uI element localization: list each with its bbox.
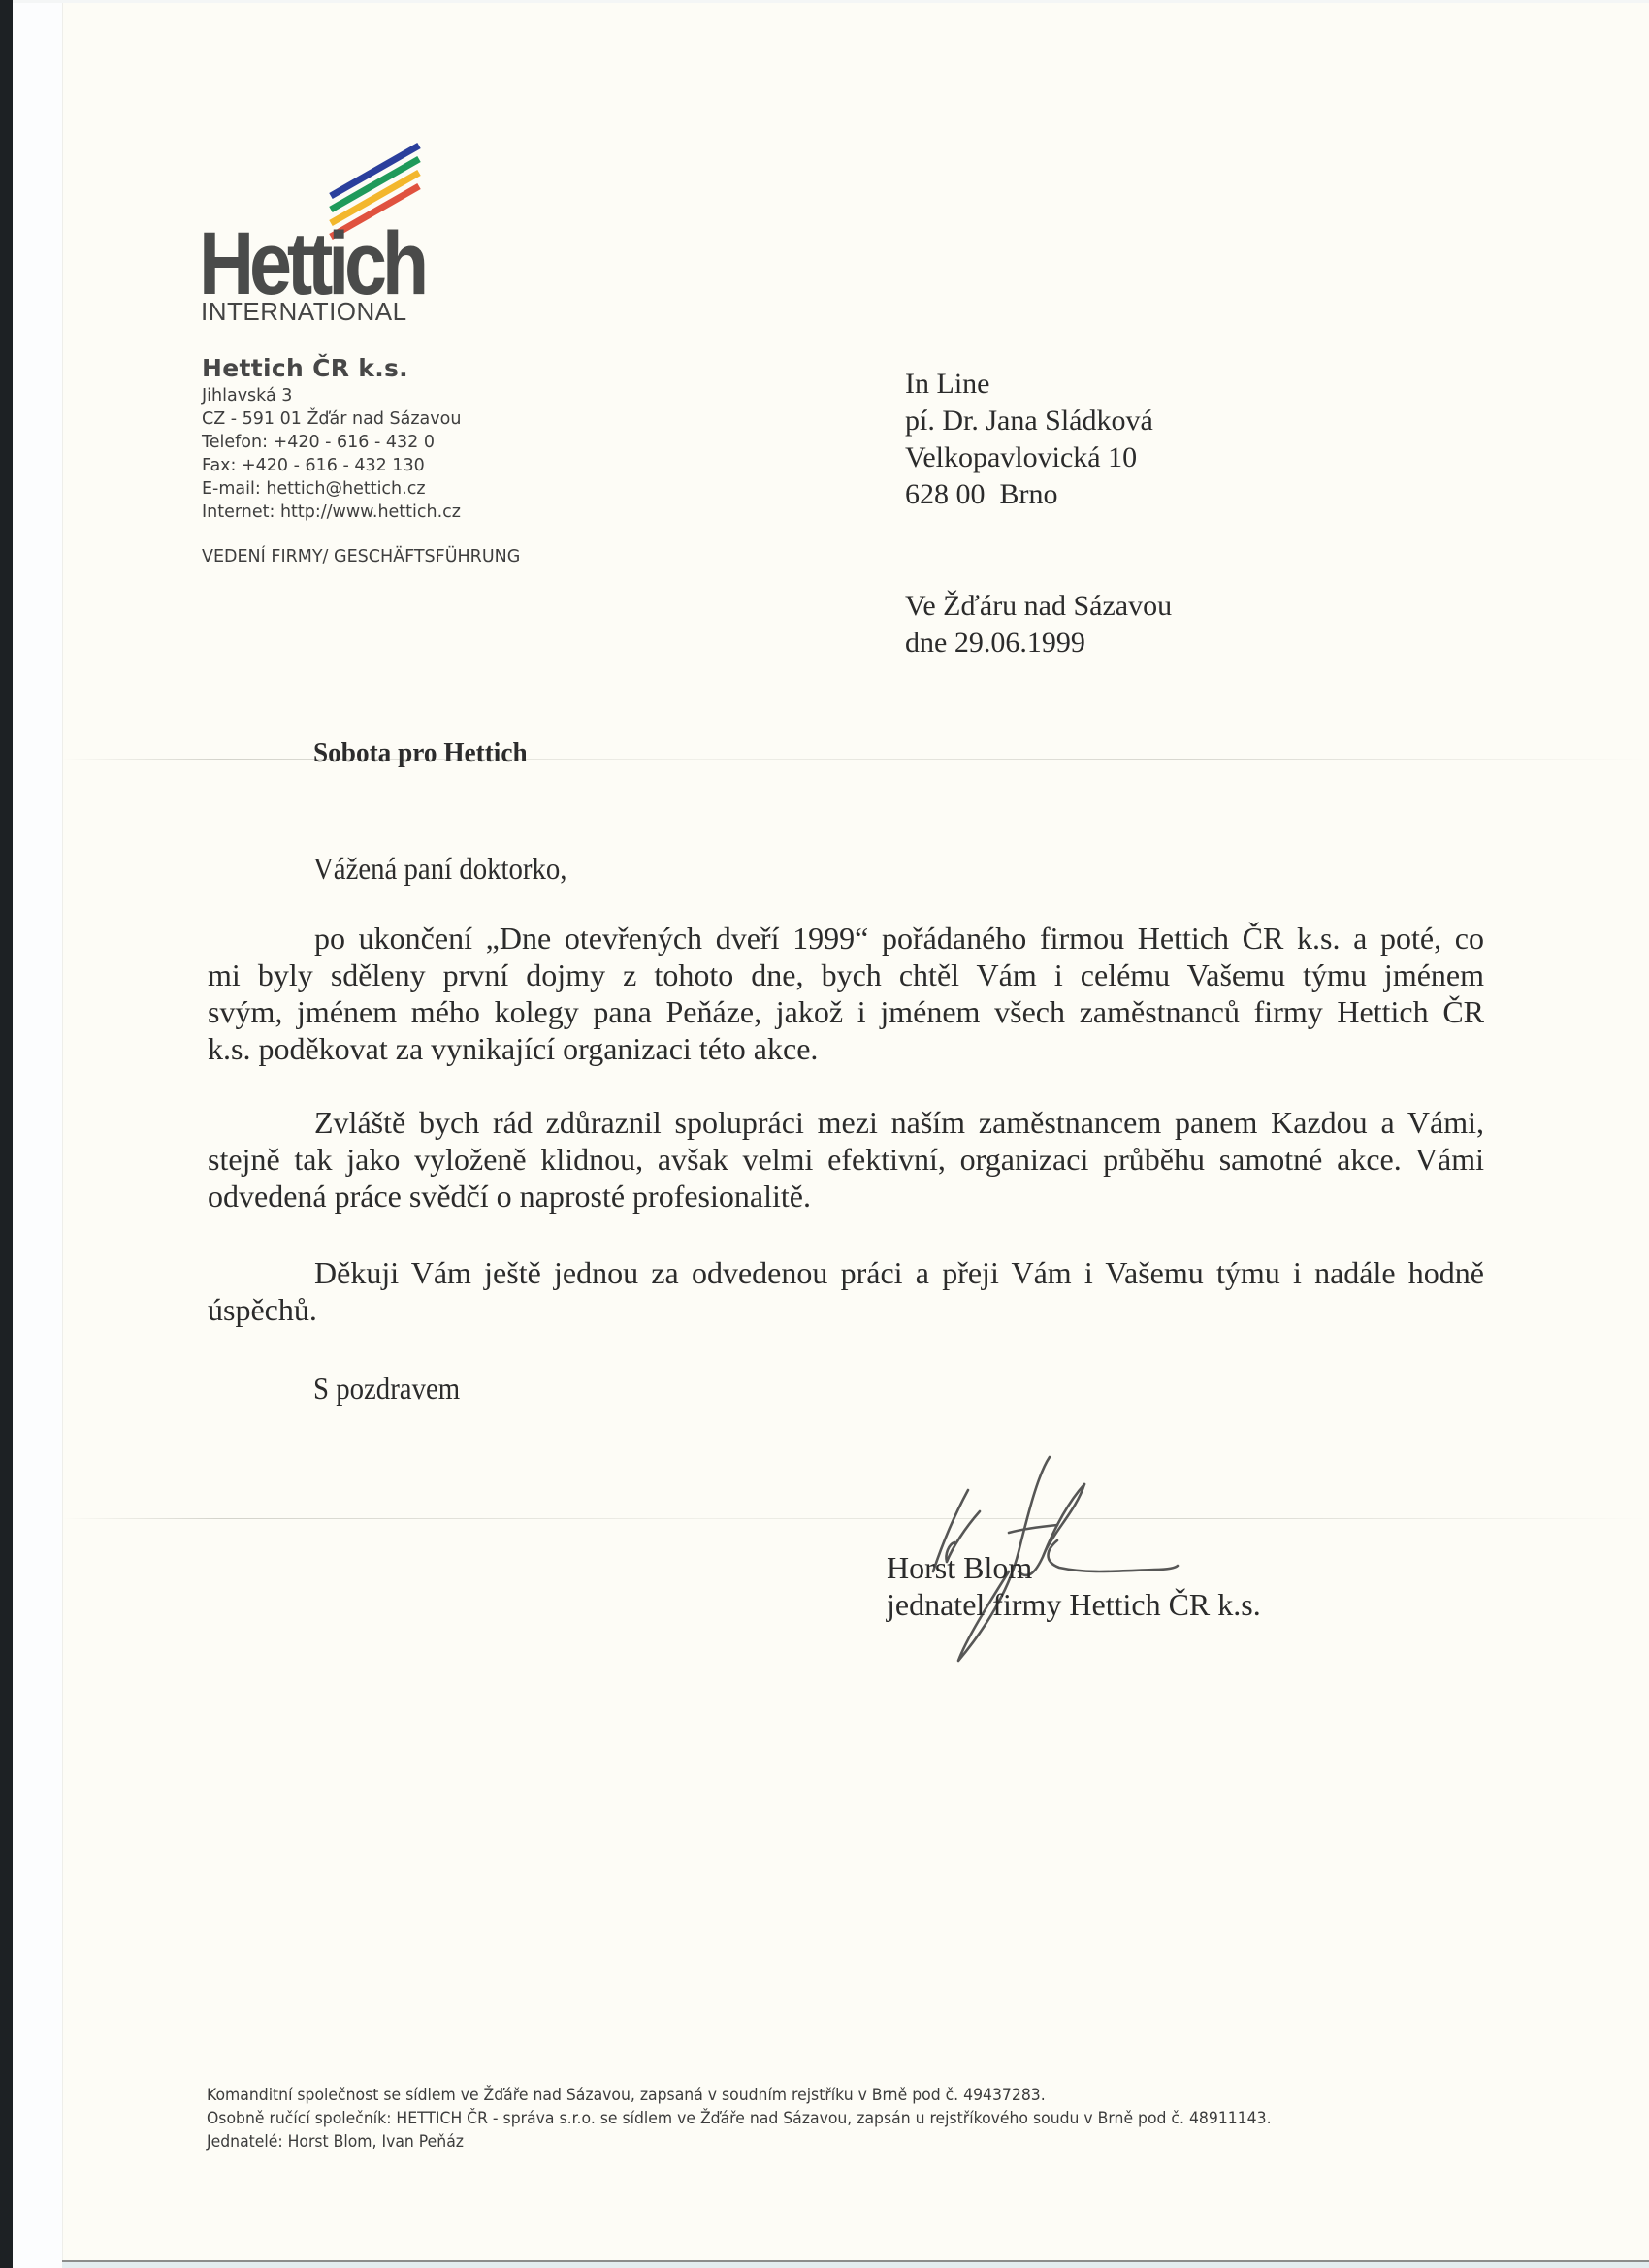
logo-wordmark: Hettich [199, 219, 424, 308]
paper-fold-line [62, 759, 1649, 760]
letter-closing: S pozdravem [313, 1371, 460, 1407]
letter-subject: Sobota pro Hettich [313, 737, 528, 769]
letter-date: dne 29.06.1999 [905, 625, 1172, 662]
footer-line: Komanditní společnost se sídlem ve Žďáře… [207, 2084, 1272, 2107]
signer-title: jednatel firmy Hettich ČR k.s. [887, 1586, 1261, 1623]
letter-paragraph: po ukončení „Dne otevřených dveří 1999“ … [208, 920, 1484, 1067]
paragraph-line: Děkuji Vám ještě jednou za odvedenou prá… [208, 1254, 1484, 1291]
signer-block: Horst Blom jednatel firmy Hettich ČR k.s… [887, 1549, 1261, 1623]
sender-company: Hettich ČR k.s. [202, 353, 520, 384]
paragraph-line: úspěchů. [208, 1291, 1484, 1328]
paragraph-line: po ukončení „Dne otevřených dveří 1999“ … [208, 920, 1484, 956]
sender-department: VEDENÍ FIRMY/ GESCHÄFTSFÜHRUNG [202, 545, 520, 568]
scan-edge [0, 0, 13, 2268]
letter-paragraph: Zvláště bych rád zdůraznil spolupráci me… [208, 1104, 1484, 1215]
sender-city: CZ - 591 01 Žďár nad Sázavou [202, 407, 520, 431]
paragraph-line: k.s. poděkovat za vynikající organizaci … [208, 1030, 1484, 1067]
place-date-block: Ve Žďáru nad Sázavou dne 29.06.1999 [905, 588, 1172, 662]
paragraph-line: Zvláště bych rád zdůraznil spolupráci me… [208, 1104, 1484, 1141]
sender-email: E-mail: hettich@hettich.cz [202, 477, 520, 501]
sender-street: Jihlavská 3 [202, 384, 520, 407]
footer-line: Jednatelé: Horst Blom, Ivan Peňáz [207, 2130, 1272, 2154]
footer-line: Osobně ručící společník: HETTICH ČR - sp… [207, 2107, 1272, 2130]
paragraph-line: svým, jménem mého kolegy pana Peňáze, ja… [208, 993, 1484, 1030]
letter-paragraph: Děkuji Vám ještě jednou za odvedenou prá… [208, 1254, 1484, 1328]
scan-top-edge [13, 0, 1649, 3]
sender-phone: Telefon: +420 - 616 - 432 0 [202, 431, 520, 454]
logo-subtitle: INTERNATIONAL [201, 297, 407, 326]
letter-salutation: Vážená paní doktorko, [313, 851, 567, 887]
paragraph-line: stejně tak jako vyloženě klidnou, avšak … [208, 1141, 1484, 1178]
legal-footer: Komanditní společnost se sídlem ve Žďáře… [207, 2084, 1364, 2154]
scan-margin [13, 0, 63, 2268]
recipient-street: Velkopavlovická 10 [905, 439, 1153, 476]
scan-bottom-edge [62, 2260, 1649, 2268]
paragraph-line: mi byly sděleny první dojmy z tohoto dne… [208, 956, 1484, 993]
recipient-company: In Line [905, 366, 1153, 403]
letter-place: Ve Žďáru nad Sázavou [905, 588, 1172, 625]
sender-address-block: Hettich ČR k.s. Jihlavská 3 CZ - 591 01 … [202, 353, 520, 568]
paper-fold-line [62, 1518, 1649, 1519]
recipient-name: pí. Dr. Jana Sládková [905, 403, 1153, 439]
sender-website: Internet: http://www.hettich.cz [202, 501, 520, 524]
paragraph-line: odvedená práce svědčí o naprosté profesi… [208, 1178, 1484, 1215]
signer-name: Horst Blom [887, 1549, 1261, 1586]
recipient-address-block: In Line pí. Dr. Jana Sládková Velkopavlo… [905, 366, 1153, 513]
sender-fax: Fax: +420 - 616 - 432 130 [202, 454, 520, 477]
recipient-city: 628 00 Brno [905, 476, 1153, 513]
